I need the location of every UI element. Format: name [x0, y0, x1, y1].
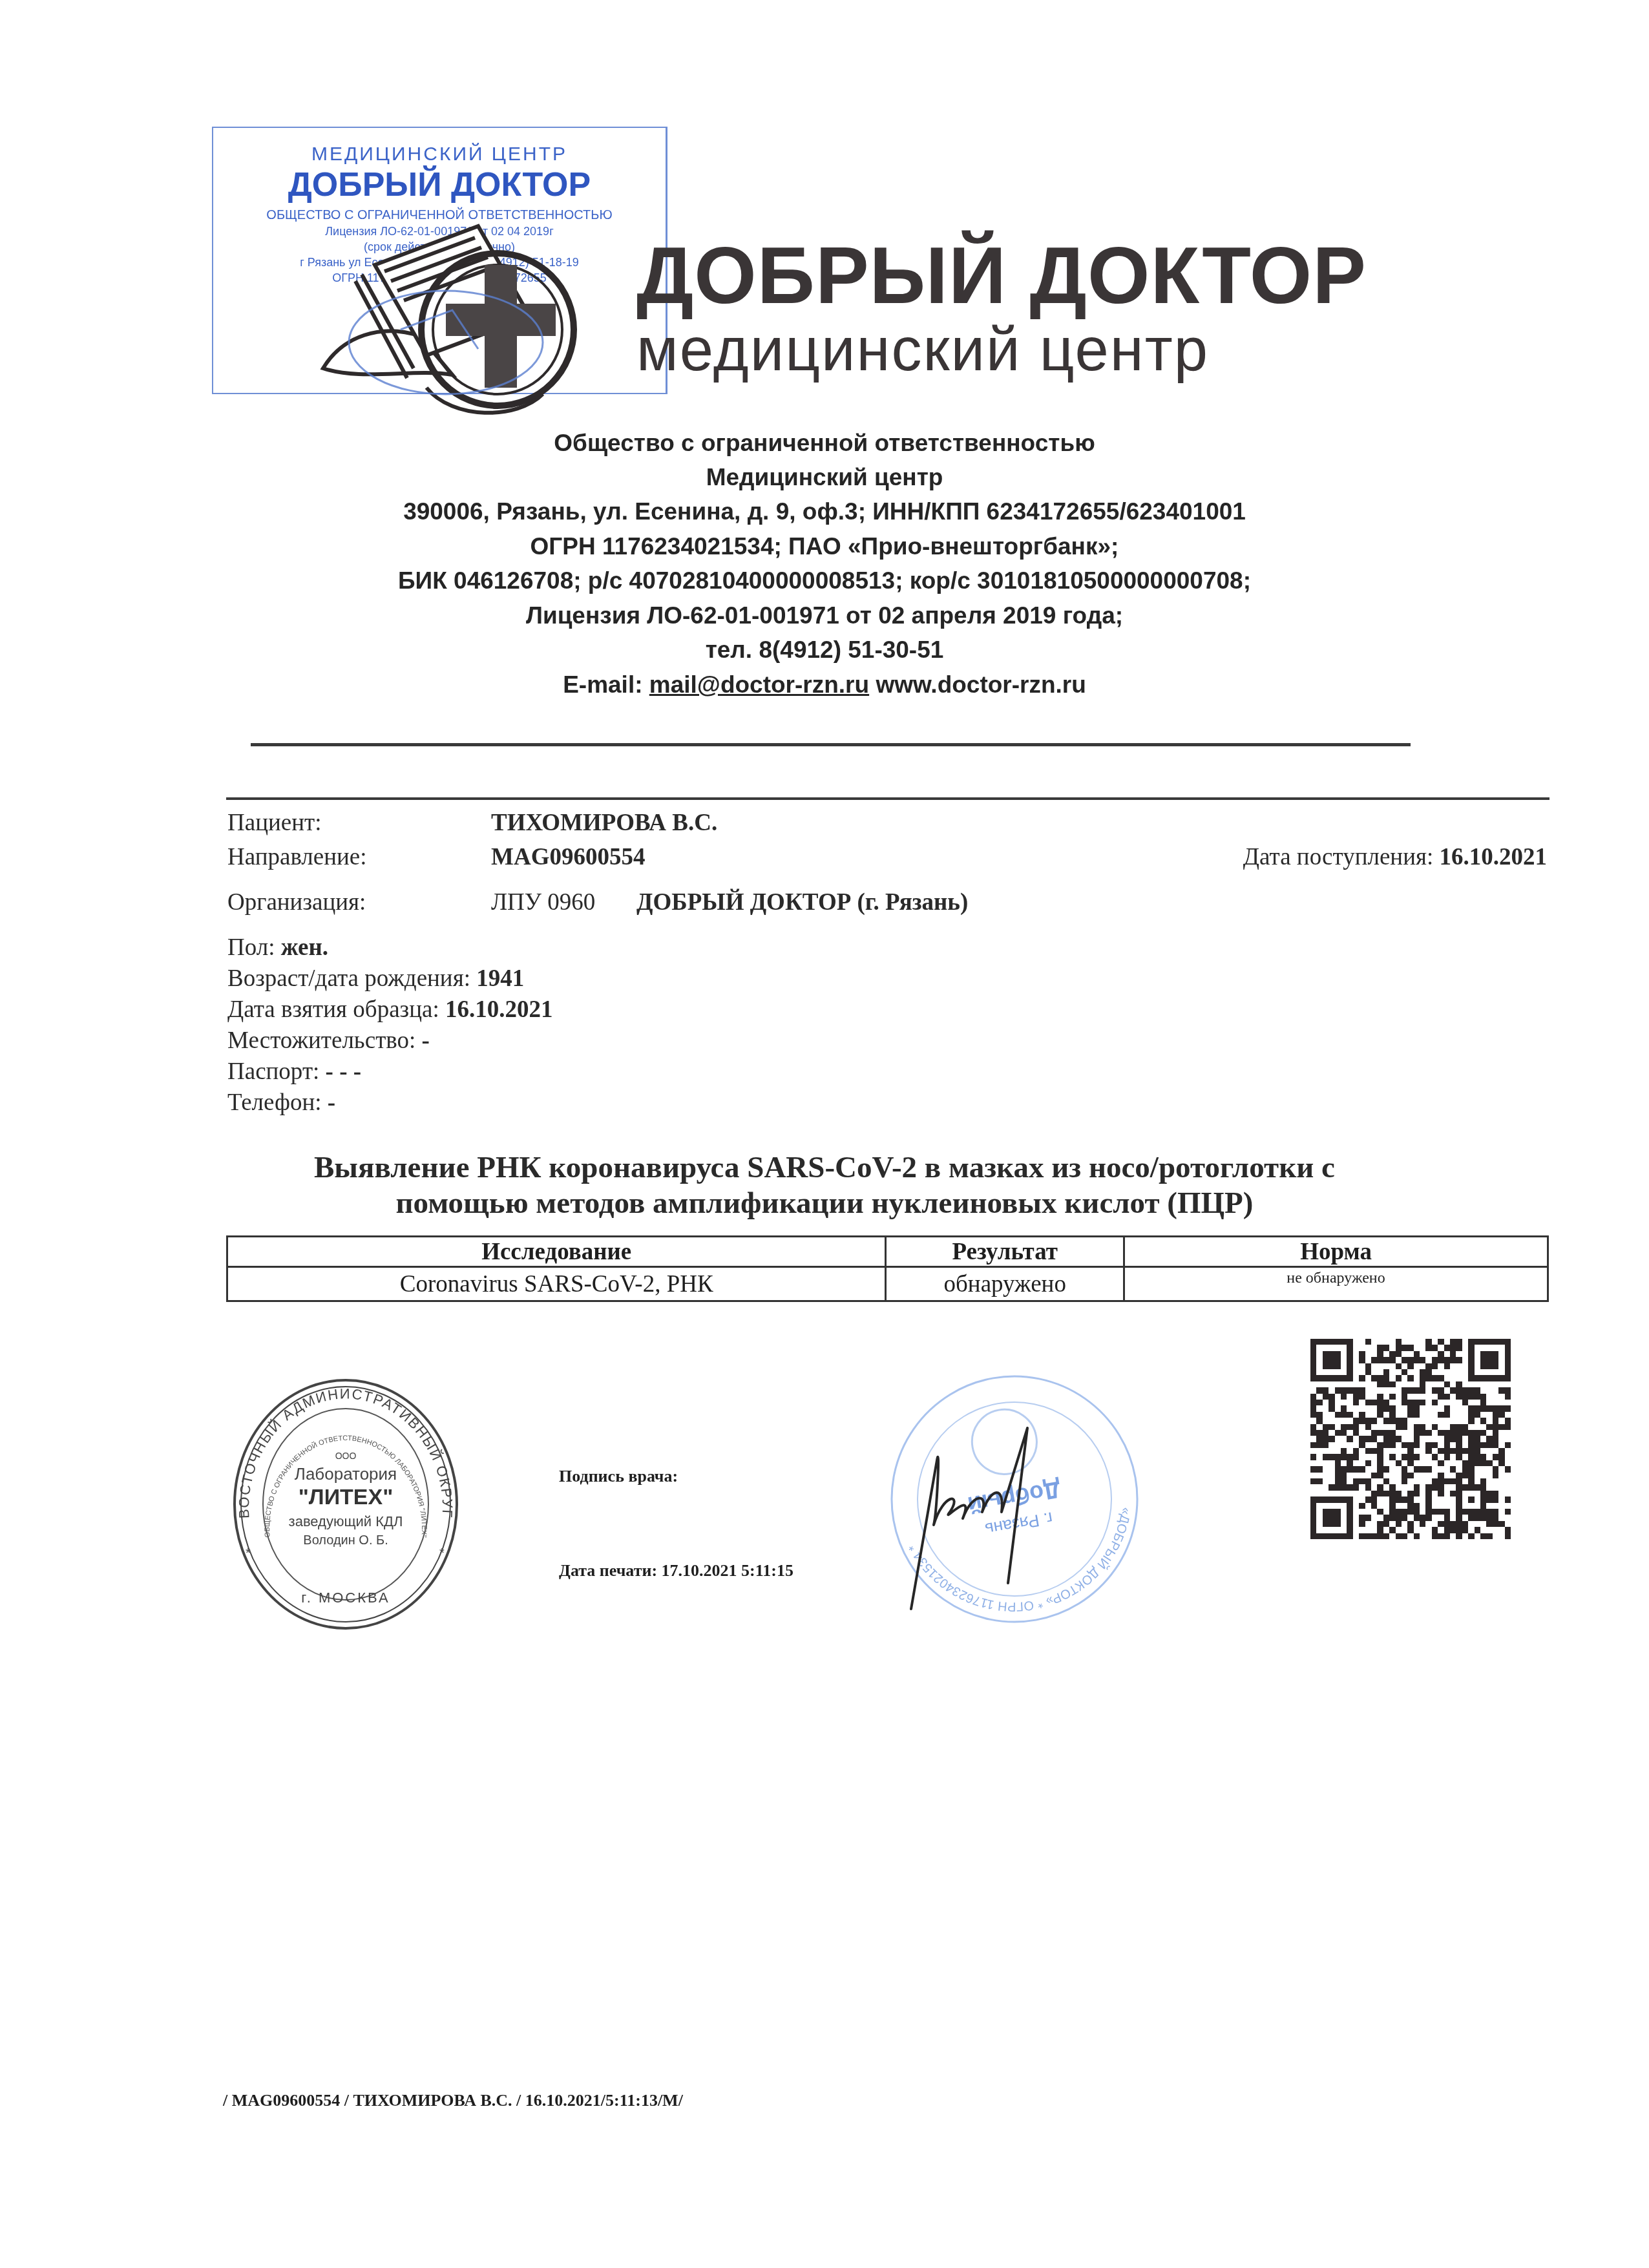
- phone-label: Телефон:: [227, 1089, 322, 1116]
- svg-text:"ЛИТЕХ": "ЛИТЕХ": [299, 1485, 394, 1509]
- table-row: Coronavirus SARS-CoV-2, РНК обнаружено н…: [227, 1267, 1548, 1301]
- org-label: Организация:: [227, 890, 366, 914]
- print-date-label: Дата печати:: [559, 1561, 657, 1580]
- phone-value: -: [328, 1089, 335, 1116]
- email-label: E-mail:: [563, 671, 642, 698]
- qr-code-icon[interactable]: [1310, 1339, 1511, 1539]
- svg-text:*: *: [246, 1546, 251, 1560]
- lab-round-stamp-icon: ВОСТОЧНЫЙ АДМИНИСТРАТИВНЫЙ ОКРУГ ОБЩЕСТВ…: [226, 1375, 465, 1633]
- patient-name: ТИХОМИРОВА В.С.: [491, 811, 717, 835]
- phone-row: Телефон: -: [227, 1091, 335, 1115]
- sample-date-row: Дата взятия образца: 16.10.2021: [227, 998, 552, 1022]
- residence-value: -: [422, 1027, 430, 1054]
- column-header-norm: Норма: [1124, 1237, 1548, 1267]
- column-header-study: Исследование: [227, 1237, 886, 1267]
- company-bank-details: БИК 046126708; р/с 40702810400000008513;…: [0, 569, 1649, 593]
- table-header-row: Исследование Результат Норма: [227, 1237, 1548, 1267]
- org-name: ДОБРЫЙ ДОКТОР (г. Рязань): [636, 890, 968, 914]
- sex-value: жен.: [281, 934, 328, 961]
- referral-number: MAG09600554: [491, 845, 645, 869]
- passport-value: - - -: [326, 1058, 361, 1085]
- column-header-result: Результат: [886, 1237, 1124, 1267]
- referral-label: Направление:: [227, 845, 367, 869]
- received-label: Дата поступления:: [1243, 844, 1433, 870]
- cell-result: обнаружено: [886, 1267, 1124, 1301]
- sample-value: 16.10.2021: [445, 996, 553, 1023]
- svg-text:ООО: ООО: [335, 1451, 357, 1461]
- cell-study: Coronavirus SARS-CoV-2, РНК: [227, 1267, 886, 1301]
- svg-text:г. МОСКВА: г. МОСКВА: [301, 1590, 390, 1606]
- test-title-line-1: Выявление РНК коронавируса SARS-CoV-2 в …: [0, 1150, 1649, 1186]
- clinic-logo-emblem-icon: [284, 207, 633, 420]
- residence-row: Местожительство: -: [227, 1029, 430, 1053]
- print-date: Дата печати: 17.10.2021 5:11:15: [559, 1561, 793, 1580]
- company-ogrn-bank: ОГРН 1176234021534; ПАО «Прио-внешторгба…: [0, 534, 1649, 558]
- birth-label: Возраст/дата рождения:: [227, 965, 470, 992]
- company-name: Медицинский центр: [0, 465, 1649, 489]
- test-title: Выявление РНК коронавируса SARS-CoV-2 в …: [0, 1150, 1649, 1221]
- print-date-value: 17.10.2021 5:11:15: [662, 1561, 793, 1580]
- stamp-line-2: ДОБРЫЙ ДОКТОР: [213, 165, 666, 204]
- svg-text:Лаборатория: Лаборатория: [295, 1464, 397, 1484]
- patient-label: Пациент:: [227, 811, 321, 835]
- footer-document-code: / MAG09600554 / ТИХОМИРОВА В.С. / 16.10.…: [223, 2091, 683, 2110]
- passport-row: Паспорт: - - -: [227, 1060, 361, 1084]
- passport-label: Паспорт:: [227, 1058, 319, 1085]
- svg-text:Володин О. Б.: Володин О. Б.: [303, 1533, 388, 1548]
- birth-row: Возраст/дата рождения: 1941: [227, 967, 524, 991]
- sample-label: Дата взятия образца:: [227, 996, 439, 1023]
- org-code: ЛПУ 0960: [491, 890, 595, 914]
- company-address: 390006, Рязань, ул. Есенина, д. 9, оф.3;…: [0, 499, 1649, 523]
- received-date: Дата поступления: 16.10.2021: [1243, 845, 1547, 869]
- cell-norm: не обнаружено: [1124, 1267, 1548, 1301]
- svg-text:заведующий КДЛ: заведующий КДЛ: [289, 1513, 403, 1529]
- sex-label: Пол:: [227, 934, 275, 961]
- email-link[interactable]: mail@doctor-rzn.ru: [649, 671, 869, 698]
- stamp-line-1: МЕДИЦИНСКИЙ ЦЕНТР: [213, 143, 666, 165]
- doctor-signature-label: Подпись врача:: [559, 1467, 678, 1486]
- company-phone: тел. 8(4912) 51-30-51: [0, 638, 1649, 662]
- company-license: Лицензия ЛО-62-01-001971 от 02 апреля 20…: [0, 604, 1649, 627]
- header-divider: [251, 743, 1411, 746]
- results-table: Исследование Результат Норма Coronavirus…: [226, 1235, 1549, 1302]
- logo-title: ДОБРЫЙ ДОКТОР: [636, 236, 1367, 316]
- received-value: 16.10.2021: [1440, 844, 1548, 870]
- test-title-line-2: помощью методов амплификации нуклеиновых…: [0, 1186, 1649, 1221]
- patient-divider: [226, 797, 1549, 800]
- residence-label: Местожительство:: [227, 1027, 415, 1054]
- logo-subtitle: медицинский центр: [636, 319, 1209, 380]
- website-link[interactable]: www.doctor-rzn.ru: [876, 671, 1086, 698]
- sex-row: Пол: жен.: [227, 936, 328, 960]
- company-form: Общество с ограниченной ответственностью: [0, 431, 1649, 455]
- birth-value: 1941: [476, 965, 524, 992]
- company-contacts: E-mail: mail@doctor-rzn.ru www.doctor-rz…: [0, 673, 1649, 697]
- clinic-round-stamp-with-signature-icon: «ДОБРЫЙ ДОКТОР» * ОГРН 1176234021534 * г…: [879, 1363, 1150, 1635]
- svg-text:*: *: [439, 1546, 445, 1560]
